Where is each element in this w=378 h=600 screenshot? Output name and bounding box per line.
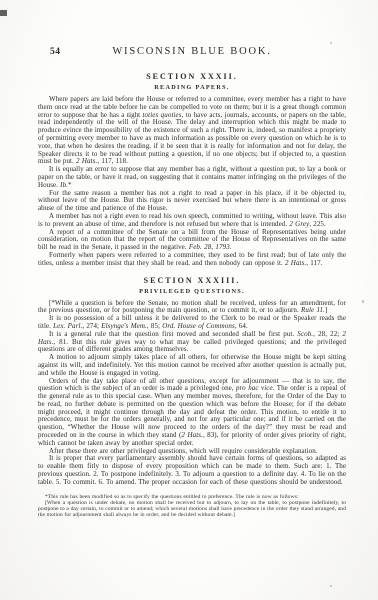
scan-speck bbox=[330, 585, 332, 587]
paragraph: It is a general rule that the question f… bbox=[38, 331, 346, 354]
section-privileged-questions: SECTION XXXIII. PRIVILEGED QUESTIONS. [*… bbox=[38, 276, 346, 487]
scan-speck bbox=[330, 42, 332, 44]
page-number: 54 bbox=[50, 47, 61, 57]
scanned-page: 54 WISCONSIN BLUE BOOK. SECTION XXXII. R… bbox=[0, 0, 378, 600]
book-title: WISCONSIN BLUE BOOK. bbox=[38, 46, 346, 57]
paragraph: A member has not a right even to read hi… bbox=[38, 213, 346, 229]
paragraph: It is no possession of a bill unless it … bbox=[38, 315, 346, 331]
section-heading: SECTION XXXIII. bbox=[38, 276, 346, 285]
paragraph: Orders of the day take place of all othe… bbox=[38, 378, 346, 448]
paragraph: A motion to adjourn simply takes place o… bbox=[38, 354, 346, 377]
footnote: *This rule has been modified so as to sp… bbox=[38, 494, 346, 519]
section-subheading: PRIVILEGED QUESTIONS. bbox=[38, 288, 346, 295]
paragraph: [*While a question is before the Senate,… bbox=[38, 300, 346, 316]
section-body: Where papers are laid before the House o… bbox=[38, 96, 346, 268]
paragraph: Formerly when papers were referred to a … bbox=[38, 252, 346, 268]
section-heading: SECTION XXXII. bbox=[38, 72, 346, 81]
paragraph: A report of a committee of the Senate on… bbox=[38, 229, 346, 252]
section-body: [*While a question is before the Senate,… bbox=[38, 300, 346, 487]
section-reading-papers: SECTION XXXII. READING PAPERS. Where pap… bbox=[38, 72, 346, 268]
page-header: 54 WISCONSIN BLUE BOOK. bbox=[38, 46, 346, 59]
paragraph: Where papers are laid before the House o… bbox=[38, 96, 346, 166]
paragraph: It is equally an error to suppose that a… bbox=[38, 166, 346, 189]
section-subheading: READING PAPERS. bbox=[38, 84, 346, 91]
scan-speck bbox=[362, 300, 364, 303]
paragraph: It is proper that every parliamentary as… bbox=[38, 455, 346, 486]
paragraph: [When a question is under debate, no mot… bbox=[38, 500, 346, 519]
paragraph: For the same reason a member has not a r… bbox=[38, 190, 346, 213]
scan-artifact bbox=[0, 10, 7, 16]
page-content: 54 WISCONSIN BLUE BOOK. SECTION XXXII. R… bbox=[38, 46, 346, 518]
